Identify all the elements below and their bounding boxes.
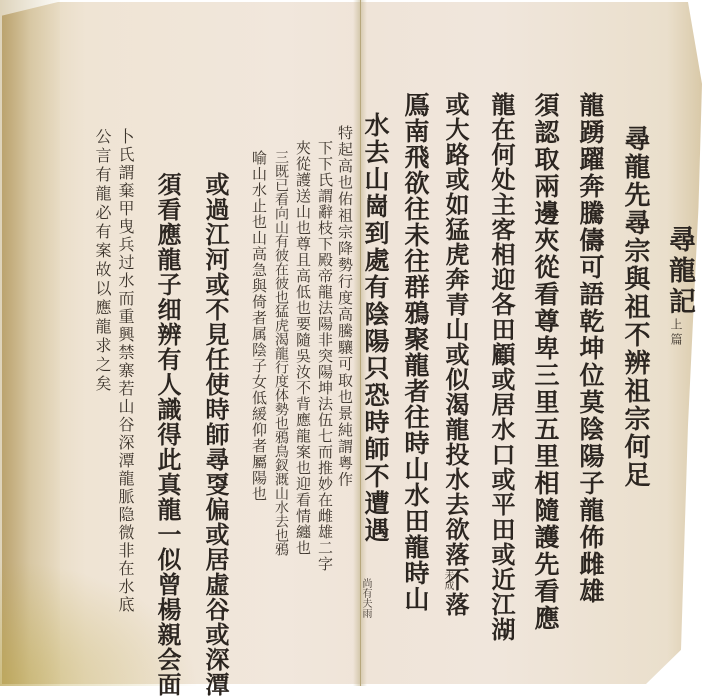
scanned-manuscript-page: 尋龍記 上篇 尋龍先尋宗與祖不辨祖宗何足 龍踴躍奔騰儔可語乾坤位莫陰陽子龍佈雌雄… — [0, 0, 706, 686]
margin-annotation-2: 尚有夫雨 — [358, 578, 373, 618]
commentary-column-2: 下下氏謂辭枝下殿帝龍法陽非突陽坤法伍七而推妙在雌雄二字 — [316, 140, 333, 572]
margin-annotation-1: 未成 — [440, 570, 455, 590]
commentary-column-5: 喻山水止也山高急與倚者属陰子女低緩仰者屬陽也 — [250, 150, 267, 502]
text-column-1: 尋龍先尋宗與祖不辨祖宗何足 — [620, 125, 650, 489]
text-column-3: 須認取兩邊夾從看尊卑三里五里相隨護先看應 — [530, 92, 560, 632]
commentary-column-1: 特起高也佑祖宗降勢行度高騰驤可取也景純謂粵作 — [336, 125, 353, 488]
commentary-column-7: 公言有龍必有案故以應龍求之矣 — [94, 128, 111, 394]
commentary-column-4: 三既已看向山有彼在彼也猛虎渴龍行度体勢也鴉鳥釵溉山水去也鴉 — [272, 150, 289, 556]
text-column-7: 水去山崗到處有陰陽只恐時師不遭遇 — [360, 112, 390, 544]
text-column-9: 須看應龍子细辨有人識得此真龍一似曾楊親会面 — [152, 172, 182, 686]
text-column-8: 或過江河或不見任使時師尋㪅偏或居虛谷或深潭 — [200, 172, 230, 686]
text-column-5: 或大路或如猛虎奔青山或似渴龍投水去欲落不落 — [440, 92, 470, 617]
commentary-column-3: 夾從護送山也尊且高低也要隨吳汝不背應龍案也迎看情纏也 — [294, 140, 311, 556]
text-column-6: 鳫南飛欲往未往群鴉聚龍者往時山水田龍時山 — [400, 92, 430, 612]
title-note: 上篇 — [668, 318, 685, 348]
text-column-4: 龍在何处主客相迎各田顧或居水口或平田或近江湖 — [486, 92, 516, 642]
text-column-2: 龍踴躍奔騰儔可語乾坤位莫陰陽子龍佈雌雄 — [576, 92, 605, 605]
document-title: 尋龍記 — [660, 225, 699, 318]
commentary-column-6: 卜氏謂棄甲曳兵过水而重興禁寨若山谷深潭龍脈隐微非在水底 — [117, 128, 134, 614]
